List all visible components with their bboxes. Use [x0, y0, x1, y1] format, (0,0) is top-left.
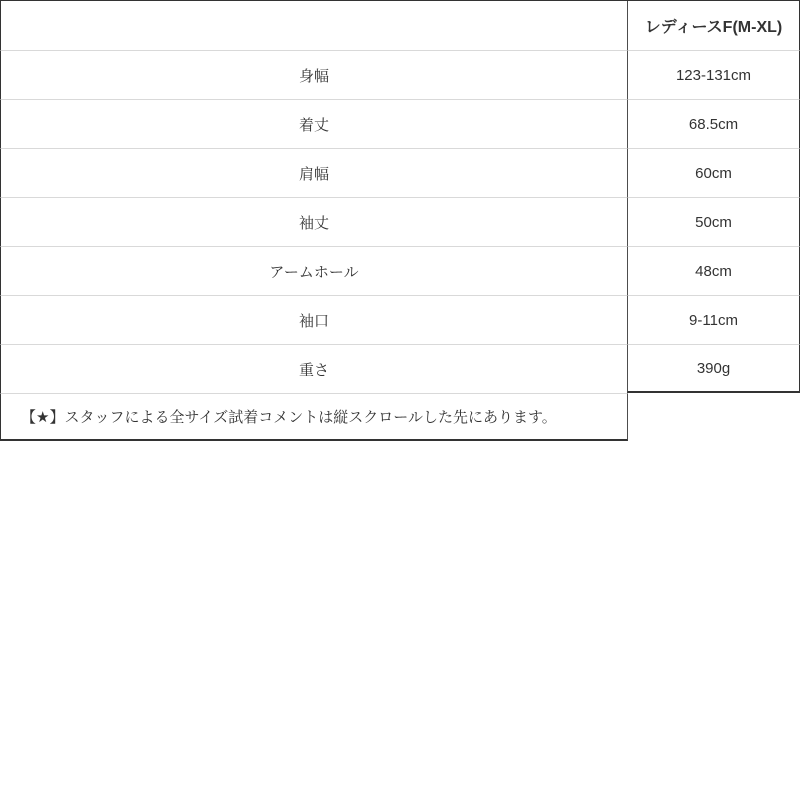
table-header-row: レディースF(M-XL) [0, 1, 800, 50]
row-label: 袖丈 [0, 197, 627, 246]
table-row-body-width: 身幅 123-131cm [0, 50, 800, 99]
footnote-empty-area [628, 393, 800, 441]
row-value: 50cm [627, 197, 800, 246]
table-row-sleeve-length: 袖丈 50cm [0, 197, 800, 246]
row-value: 9-11cm [627, 295, 800, 344]
header-empty-cell [0, 1, 627, 50]
row-label: 着丈 [0, 99, 627, 148]
row-label: アームホール [0, 246, 627, 295]
row-label: 身幅 [0, 50, 627, 99]
size-spec-table: レディースF(M-XL) 身幅 123-131cm 着丈 68.5cm 肩幅 6… [0, 0, 800, 441]
footnote-text: 【★】スタッフによる全サイズ試着コメントは縦スクロールした先にあります。 [0, 393, 628, 441]
table-footnote-row: 【★】スタッフによる全サイズ試着コメントは縦スクロールした先にあります。 [0, 393, 800, 441]
row-label: 重さ [0, 344, 627, 393]
table-row-shoulder-width: 肩幅 60cm [0, 148, 800, 197]
row-label: 肩幅 [0, 148, 627, 197]
row-value: 48cm [627, 246, 800, 295]
row-label: 袖口 [0, 295, 627, 344]
row-value: 68.5cm [627, 99, 800, 148]
row-value: 60cm [627, 148, 800, 197]
row-value: 390g [627, 344, 800, 393]
row-value: 123-131cm [627, 50, 800, 99]
table-row-weight: 重さ 390g [0, 344, 800, 393]
header-size-column-label: レディースF(M-XL) [627, 1, 800, 50]
table-row-length: 着丈 68.5cm [0, 99, 800, 148]
table-row-armhole: アームホール 48cm [0, 246, 800, 295]
table-row-cuff: 袖口 9-11cm [0, 295, 800, 344]
